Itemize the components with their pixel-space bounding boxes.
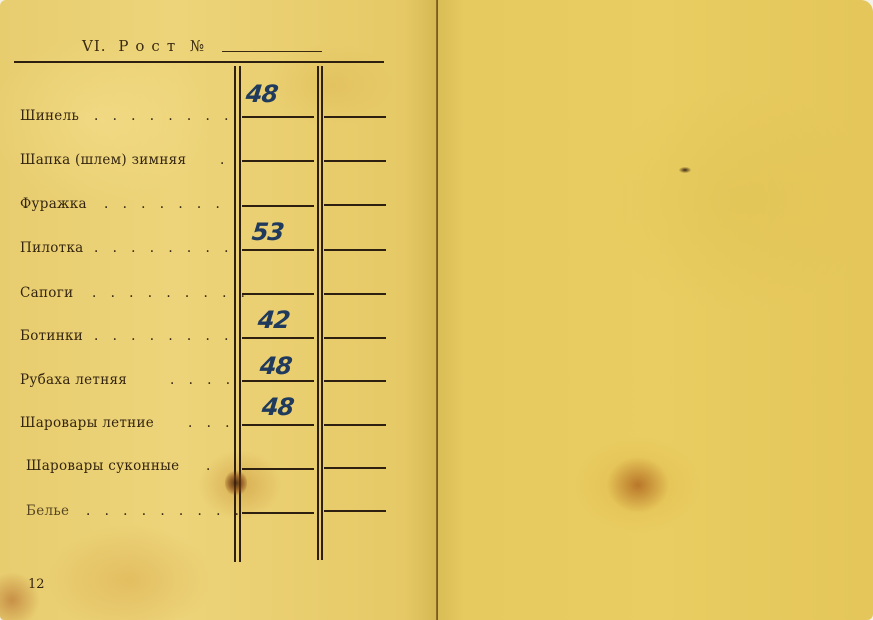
- page-number: 12: [28, 577, 45, 592]
- ink-stain: [225, 470, 247, 496]
- form-row-overcoat: Шинель . . . . . . . . 48: [0, 108, 438, 128]
- leader-dots: . . . . . . . .: [94, 328, 233, 344]
- row-label: Пилотка: [20, 240, 84, 256]
- number-sign: №: [190, 37, 205, 55]
- height-number-blank-line: [222, 51, 322, 52]
- entry-line: [242, 512, 314, 514]
- entry-line: [324, 380, 386, 382]
- right-page-blank: [438, 0, 873, 620]
- header-rule: [14, 61, 384, 63]
- handwritten-size: 48: [245, 80, 279, 108]
- leader-dots: . . . . . . .: [104, 196, 225, 212]
- entry-line: [324, 510, 386, 512]
- entry-line: [242, 205, 314, 207]
- entry-line: [324, 337, 386, 339]
- entry-line: [242, 337, 314, 339]
- form-row-winter-hat: Шапка (шлем) зимняя .: [0, 152, 438, 172]
- leader-dots: . . . . . . . . .: [86, 503, 244, 519]
- leader-dots: . . . . . . . .: [94, 108, 233, 124]
- entry-line: [324, 160, 386, 162]
- form-row-side-cap: Пилотка . . . . . . . . 53: [0, 240, 438, 260]
- entry-line: [324, 116, 386, 118]
- entry-line: [242, 380, 314, 382]
- leader-dots: . . .: [188, 415, 234, 431]
- entry-line: [324, 293, 386, 295]
- leader-dots: .: [206, 458, 215, 474]
- row-label: Сапоги: [20, 285, 73, 301]
- form-row-boots: Сапоги . . . . . . . . .: [0, 285, 438, 305]
- leader-dots: . . . . . . . . .: [92, 285, 250, 301]
- left-page: VI. Рост № Шинель . . . . . . . . 48 Шап…: [0, 0, 438, 620]
- row-label: Шаровары летние: [20, 415, 154, 431]
- handwritten-size: 53: [251, 218, 285, 246]
- section-roman-numeral: VI.: [82, 37, 107, 55]
- entry-line: [242, 293, 314, 295]
- row-label: Шаровары суконные: [26, 458, 179, 474]
- form-row-summer-trousers: Шаровары летние . . . 48: [0, 415, 438, 435]
- row-label: Фуражка: [20, 196, 87, 212]
- form-row-summer-shirt: Рубаха летняя . . . . 48: [0, 372, 438, 392]
- entry-line: [324, 249, 386, 251]
- handwritten-size: 48: [259, 352, 293, 380]
- handwritten-size: 42: [257, 306, 291, 334]
- row-label: Шинель: [20, 108, 79, 124]
- entry-line: [242, 468, 314, 470]
- row-label: Ботинки: [20, 328, 83, 344]
- entry-line: [324, 424, 386, 426]
- document-spread: VI. Рост № Шинель . . . . . . . . 48 Шап…: [0, 0, 873, 620]
- entry-line: [242, 424, 314, 426]
- entry-line: [324, 204, 386, 206]
- leader-dots: . . . . . . . .: [94, 240, 233, 256]
- entry-line: [242, 116, 314, 118]
- column-divider: [317, 66, 319, 560]
- form-row-shoes: Ботинки . . . . . . . . 42: [0, 328, 438, 348]
- leader-dots: .: [220, 152, 229, 168]
- form-row-wool-trousers: Шаровары суконные .: [0, 458, 438, 478]
- section-title: VI. Рост №: [82, 37, 205, 55]
- entry-line: [242, 249, 314, 251]
- handwritten-size: 48: [261, 393, 295, 421]
- leader-dots: . . . .: [170, 372, 235, 388]
- row-label: Белье: [26, 503, 69, 519]
- form-row-peaked-cap: Фуражка . . . . . . .: [0, 196, 438, 216]
- section-title-word: Рост: [118, 37, 182, 55]
- entry-line: [324, 467, 386, 469]
- form-row-underwear: Белье . . . . . . . . .: [0, 503, 438, 523]
- row-label: Шапка (шлем) зимняя: [20, 152, 186, 168]
- column-divider: [321, 66, 323, 560]
- entry-line: [242, 160, 314, 162]
- row-label: Рубаха летняя: [20, 372, 127, 388]
